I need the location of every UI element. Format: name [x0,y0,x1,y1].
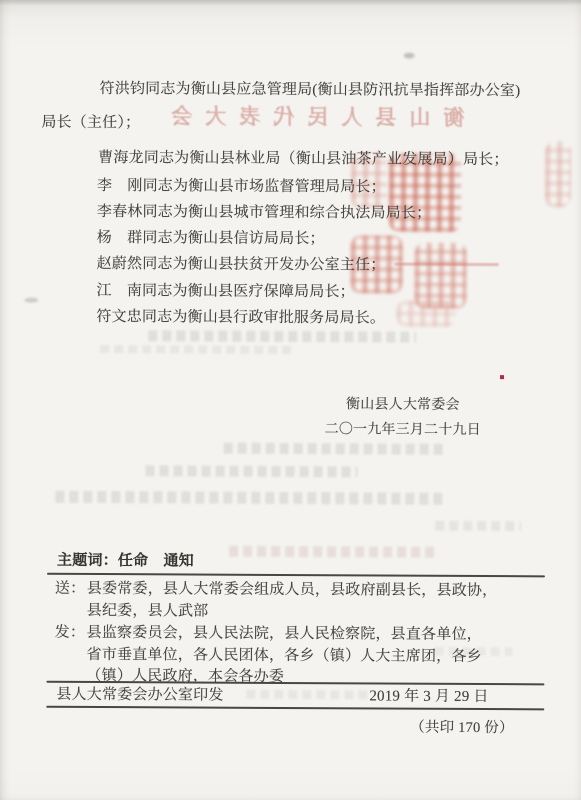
appointment-line: 李 刚同志为衡山县市场监督管理局局长； [97,177,386,198]
bleedthrough-red-masthead: 衡山县人民代表大会 [159,100,464,130]
document-content: 衡山县人民代表大会 符洪钧同志为衡山县应急管理局(衡山县防汛抗旱指挥部办公室) … [0,0,581,800]
appointment-line: 符洪钧同志为衡山县应急管理局(衡山县防汛抗旱指挥部办公室) [99,80,520,101]
copies-count: （共印 170 份） [410,719,514,739]
appointment-line: 李春林同志为衡山县城市管理和综合执法局局长； [97,203,432,224]
send-label: 送： [55,580,86,599]
bleedthrough-ghost-line [100,345,296,354]
bleedthrough-ghost-line [246,690,368,700]
bleedthrough-red-blotch [396,301,456,327]
issue-label: 发： [55,624,86,643]
bleedthrough-ghost-line [224,443,448,455]
send-line: 县纪委，县人武部 [87,602,209,622]
appointment-line: 赵蔚然同志为衡山县扶贫开发办公室主任； [97,255,386,276]
signature-date: 二〇一九年三月二十九日 [313,420,493,440]
subject-terms-row: 主题词：任命 通知 [57,552,194,572]
bleedthrough-red-streak [395,263,499,267]
divider-rule [47,573,545,578]
print-date: 2019 年 3 月 29 日 [369,687,488,707]
appointment-line: 局长（主任）； [41,114,140,134]
printer-org: 县人大常委会办公室印发 [56,686,223,706]
appointment-line: 杨 群同志为衡山县信访局局长； [97,229,325,249]
signature-org: 衡山县人大常委会 [328,395,478,415]
appointment-line: 符文忠同志为衡山县行政审批服务局局长。 [96,308,385,329]
red-ink-speck [500,375,504,379]
scanned-document-page: 衡山县人民代表大会 符洪钧同志为衡山县应急管理局(衡山县防汛抗旱指挥部办公室) … [0,0,581,800]
bleedthrough-ghost-line [146,465,358,477]
bleedthrough-red-blotch [414,243,466,309]
issue-line: 县监察委员会，县人民法院，县人民检察院，县直各单位， [87,624,482,645]
scan-smudge [404,53,415,59]
send-line: 县委常委，县人大常委会组成人员，县政府副县长，县政协， [87,580,498,601]
bleedthrough-ghost-line [435,521,521,531]
bleedthrough-ghost-line [148,330,416,342]
bleedthrough-ghost-line [229,546,435,558]
bleedthrough-ghost-line [55,491,443,505]
scan-smudge [24,298,38,303]
appointment-line: 曹海龙同志为衡山县林业局（衡山县油茶产业发展局）局长； [98,149,509,170]
issue-line: 省市垂直单位，各人民团体，各乡（镇）人大主席团，各乡 [87,646,482,667]
bleedthrough-red-blotch [545,141,571,207]
issue-line: （镇）人民政府，本会各办委 [86,667,284,687]
appointment-line: 江 南同志为衡山县医疗保障局局长； [96,282,355,302]
